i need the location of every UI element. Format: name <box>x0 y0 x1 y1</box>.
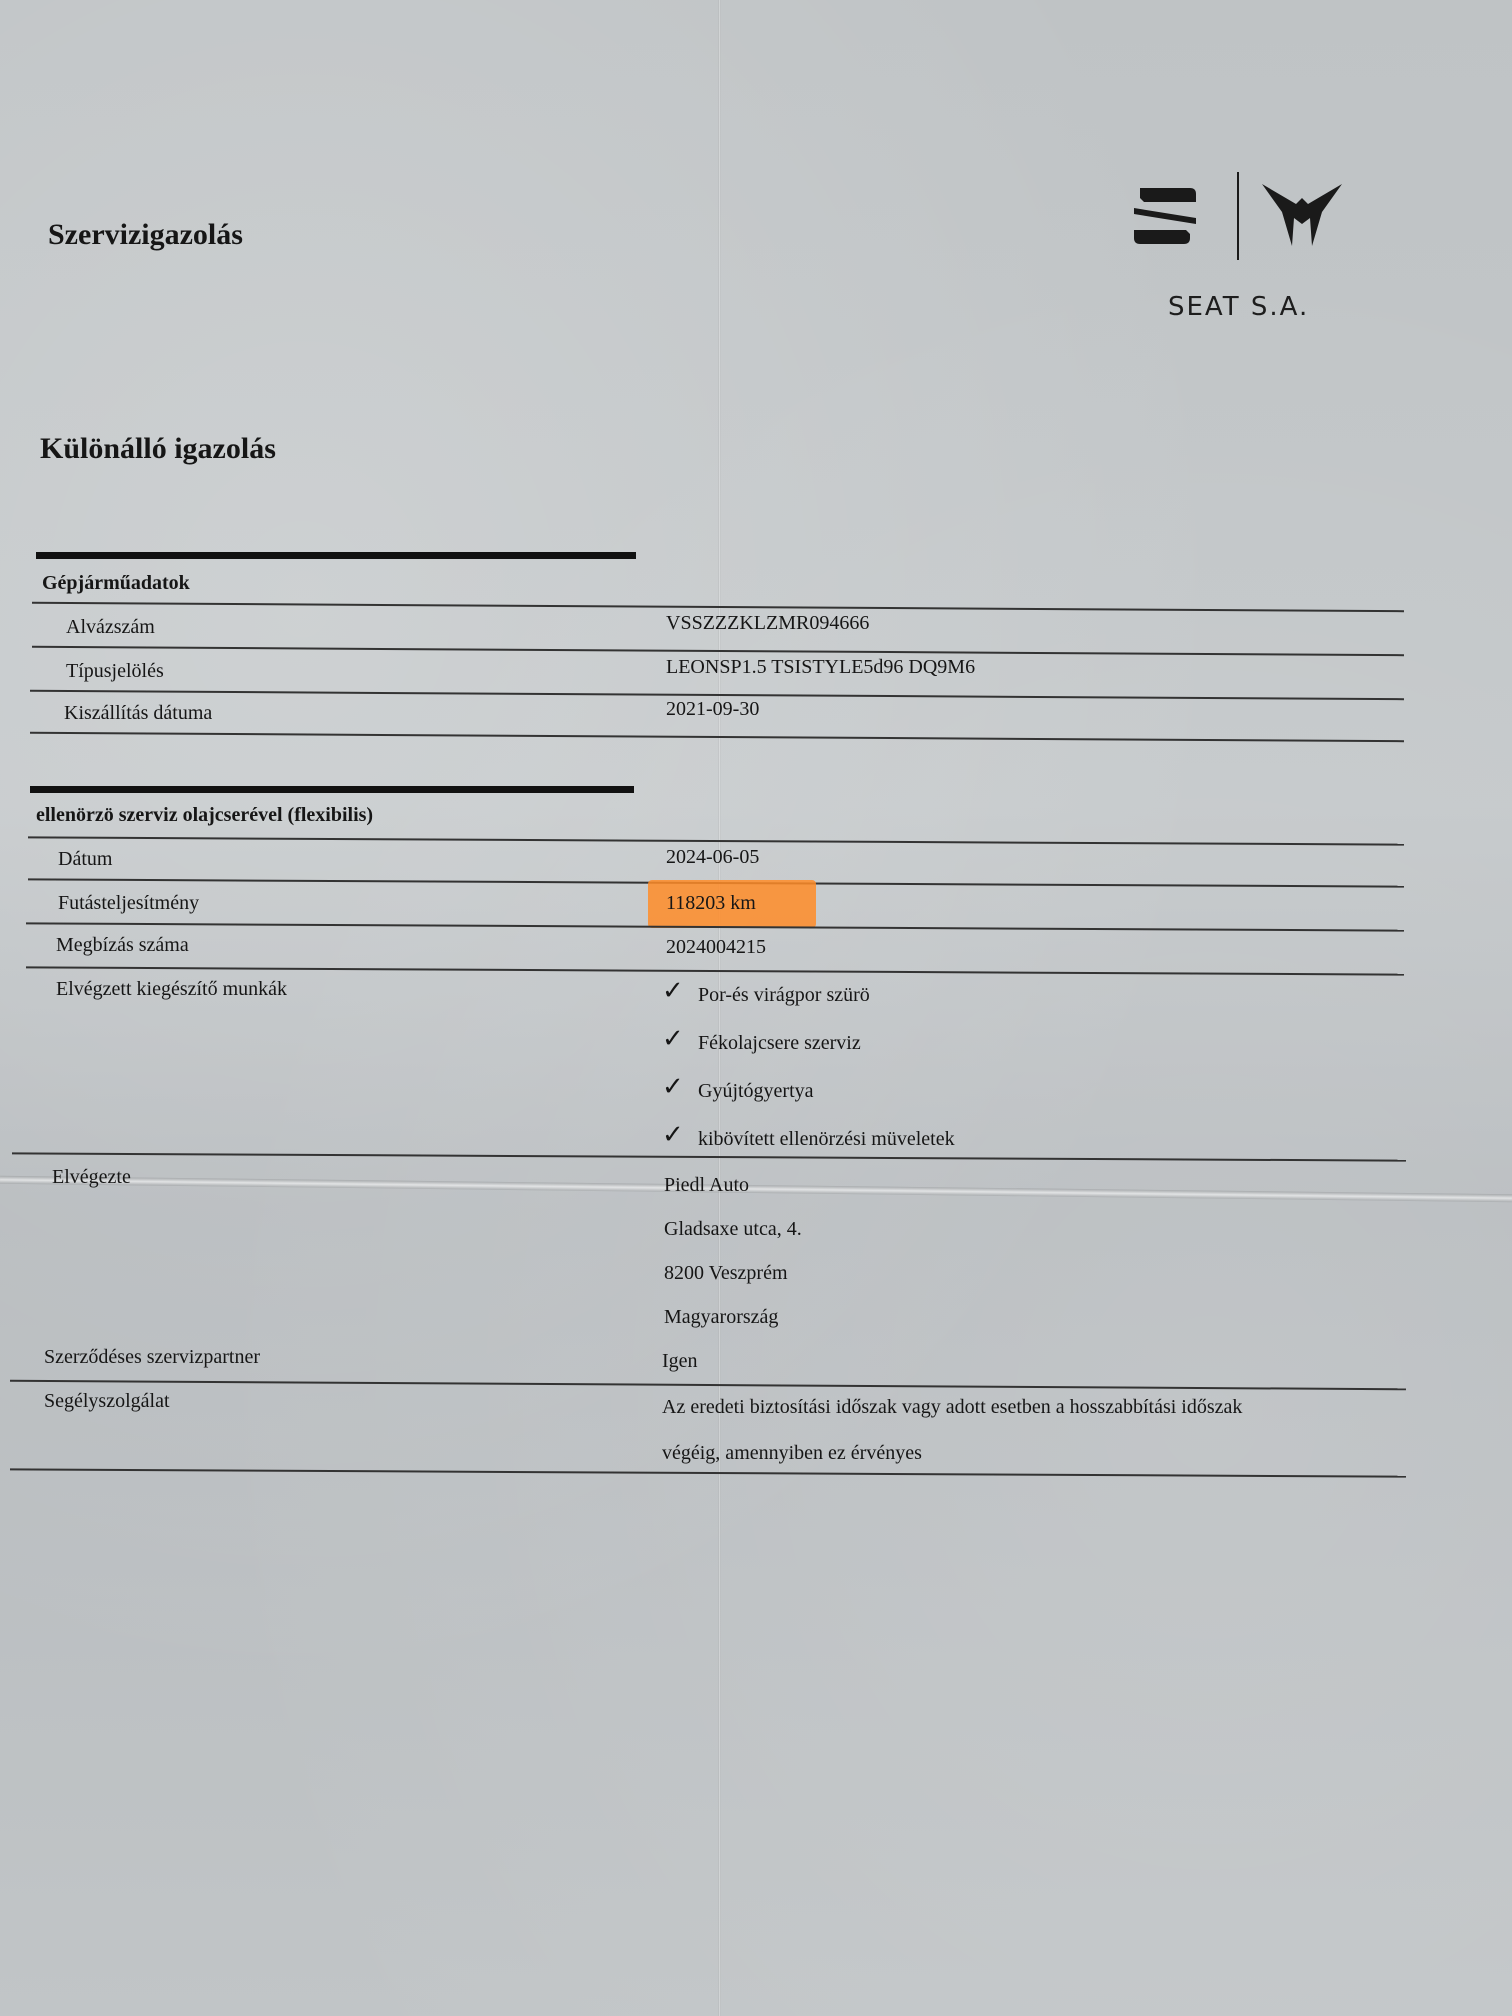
cupra-logo-icon <box>1262 184 1342 246</box>
type-label: Típusjelölés <box>66 660 164 683</box>
workshop-country: Magyarország <box>664 1306 778 1329</box>
checkmark-icon: ✓ <box>662 1024 684 1054</box>
delivery-date-value: 2021-09-30 <box>666 698 759 721</box>
section-divider-service <box>30 786 634 793</box>
workshop-city: 8200 Veszprém <box>664 1262 788 1285</box>
workshop-street: Gladsaxe utca, 4. <box>664 1218 802 1241</box>
row-divider <box>30 732 1404 742</box>
type-value: LEONSP1.5 TSISTYLE5d96 DQ9M6 <box>666 656 975 679</box>
service-date-label: Dátum <box>58 848 112 871</box>
performed-by-label: Elvégezte <box>52 1166 131 1189</box>
seat-logo-icon <box>1134 188 1196 244</box>
order-number-value: 2024004215 <box>666 936 766 959</box>
mileage-value: 118203 km <box>666 892 756 915</box>
service-section-heading: ellenörzö szerviz olajcserével (flexibil… <box>36 804 373 827</box>
horizontal-fold-crease <box>0 1176 1512 1202</box>
row-divider <box>28 836 1404 845</box>
section-divider-vehicle <box>36 552 636 559</box>
assistance-text-line: Az eredeti biztosítási időszak vagy adot… <box>662 1396 1242 1419</box>
work-item: kibövített ellenörzési müveletek <box>698 1128 955 1151</box>
row-divider <box>10 1468 1406 1477</box>
brand-name: SEAT S.A. <box>1168 292 1309 322</box>
work-item: Por-és virágpor szürö <box>698 984 870 1007</box>
additional-work-label: Elvégzett kiegészítő munkák <box>56 978 287 1001</box>
service-date-value: 2024-06-05 <box>666 846 759 869</box>
checkmark-icon: ✓ <box>662 1072 684 1102</box>
assistance-label: Segélyszolgálat <box>44 1390 170 1413</box>
brand-logo-block: SEAT S.A. <box>1130 168 1360 328</box>
contract-partner-label: Szerződéses szervizpartner <box>44 1346 260 1369</box>
row-divider <box>12 1152 1406 1161</box>
work-item: Gyújtógyertya <box>698 1080 814 1103</box>
checkmark-icon: ✓ <box>662 976 684 1006</box>
document-page: Szervizigazolás SEAT S.A. Különálló igaz… <box>0 0 1512 2016</box>
row-divider <box>26 966 1404 975</box>
assistance-text-line: végéig, amennyiben ez érvényes <box>662 1442 922 1465</box>
logo-divider <box>1237 172 1239 260</box>
work-item: Fékolajcsere szerviz <box>698 1032 861 1055</box>
vin-value: VSSZZZKLZMR094666 <box>666 612 869 635</box>
delivery-date-label: Kiszállítás dátuma <box>64 702 212 725</box>
vin-label: Alvázszám <box>66 616 155 639</box>
document-title: Szervizigazolás <box>48 218 243 252</box>
row-divider <box>10 1380 1406 1391</box>
contract-partner-value: Igen <box>662 1350 698 1373</box>
vehicle-section-heading: Gépjárműadatok <box>42 572 190 595</box>
vertical-fold-crease <box>718 0 721 2016</box>
order-number-label: Megbízás száma <box>56 934 189 957</box>
document-subtitle: Különálló igazolás <box>40 432 276 466</box>
workshop-name: Piedl Auto <box>664 1174 749 1197</box>
mileage-label: Futásteljesítmény <box>58 892 199 915</box>
checkmark-icon: ✓ <box>662 1120 684 1150</box>
